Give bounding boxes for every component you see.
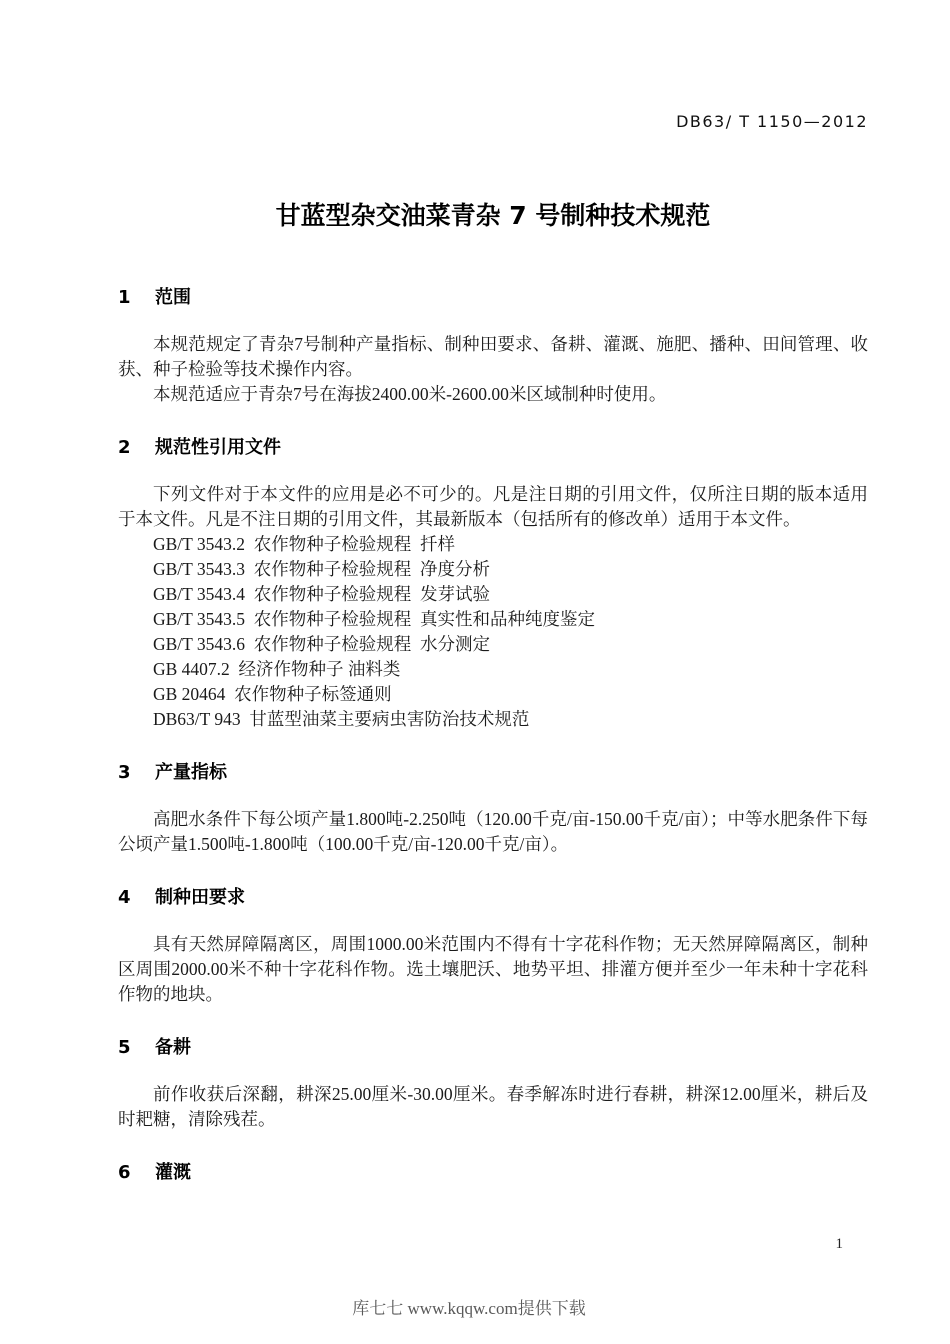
section-heading: 2规范性引用文件 bbox=[118, 436, 868, 460]
section-heading: 5备耕 bbox=[118, 1036, 868, 1060]
section-title: 规范性引用文件 bbox=[155, 437, 281, 458]
section-scope: 1范围 本规范规定了青杂7号制种产量指标、制种田要求、备耕、灌溉、施肥、播种、田… bbox=[118, 286, 868, 407]
paragraph: 下列文件对于本文件的应用是必不可少的。凡是注日期的引用文件，仅所注日期的版本适用… bbox=[118, 482, 868, 532]
reference-item: GB/T 3543.5 农作物种子检验规程 真实性和品种纯度鉴定 bbox=[118, 607, 868, 632]
paragraph: 本规范规定了青杂7号制种产量指标、制种田要求、备耕、灌溉、施肥、播种、田间管理、… bbox=[118, 332, 868, 382]
section-irrigation: 6灌溉 bbox=[118, 1161, 868, 1185]
section-land-preparation: 5备耕 前作收获后深翻，耕深25.00厘米-30.00厘米。春季解冻时进行春耕，… bbox=[118, 1036, 868, 1132]
section-title: 产量指标 bbox=[155, 762, 227, 783]
section-yield-targets: 3产量指标 高肥水条件下每公顷产量1.800吨-2.250吨（120.00千克/… bbox=[118, 761, 868, 857]
page-content: DB63/ T 1150—2012 甘蓝型杂交油菜青杂 7 号制种技术规范 1范… bbox=[0, 112, 950, 1185]
reference-item: GB/T 3543.6 农作物种子检验规程 水分测定 bbox=[118, 632, 868, 657]
section-number: 2 bbox=[118, 436, 155, 460]
section-title: 制种田要求 bbox=[155, 887, 245, 908]
document-page: DB63/ T 1150—2012 甘蓝型杂交油菜青杂 7 号制种技术规范 1范… bbox=[0, 0, 950, 1344]
section-seed-field-requirements: 4制种田要求 具有天然屏障隔离区，周围1000.00米范围内不得有十字花科作物；… bbox=[118, 886, 868, 1007]
section-title: 灌溉 bbox=[155, 1162, 191, 1183]
paragraph: 前作收获后深翻，耕深25.00厘米-30.00厘米。春季解冻时进行春耕，耕深12… bbox=[118, 1082, 868, 1132]
reference-item: DB63/T 943 甘蓝型油菜主要病虫害防治技术规范 bbox=[118, 707, 868, 732]
reference-item: GB 4407.2 经济作物种子 油料类 bbox=[118, 657, 868, 682]
standard-code: DB63/ T 1150—2012 bbox=[118, 112, 868, 132]
section-title: 范围 bbox=[155, 287, 191, 308]
section-number: 5 bbox=[118, 1036, 155, 1060]
section-title: 备耕 bbox=[155, 1037, 191, 1058]
reference-item: GB/T 3543.2 农作物种子检验规程 扦样 bbox=[118, 532, 868, 557]
section-heading: 6灌溉 bbox=[118, 1161, 868, 1185]
section-heading: 3产量指标 bbox=[118, 761, 868, 785]
document-title: 甘蓝型杂交油菜青杂 7 号制种技术规范 bbox=[118, 198, 868, 234]
paragraph: 高肥水条件下每公顷产量1.800吨-2.250吨（120.00千克/亩-150.… bbox=[118, 807, 868, 857]
section-normative-references: 2规范性引用文件 下列文件对于本文件的应用是必不可少的。凡是注日期的引用文件，仅… bbox=[118, 436, 868, 732]
section-heading: 1范围 bbox=[118, 286, 868, 310]
section-number: 3 bbox=[118, 761, 155, 785]
paragraph: 本规范适应于青杂7号在海拔2400.00米-2600.00米区域制种时使用。 bbox=[118, 382, 868, 407]
section-number: 6 bbox=[118, 1161, 155, 1185]
paragraph: 具有天然屏障隔离区，周围1000.00米范围内不得有十字花科作物；无天然屏障隔离… bbox=[118, 932, 868, 1007]
reference-item: GB/T 3543.3 农作物种子检验规程 净度分析 bbox=[118, 557, 868, 582]
page-number: 1 bbox=[836, 1235, 844, 1253]
section-heading: 4制种田要求 bbox=[118, 886, 868, 910]
section-number: 1 bbox=[118, 286, 155, 310]
reference-item: GB/T 3543.4 农作物种子检验规程 发芽试验 bbox=[118, 582, 868, 607]
section-number: 4 bbox=[118, 886, 155, 910]
footer-watermark: 库七七 www.kqqw.com提供下载 bbox=[0, 1298, 938, 1320]
reference-item: GB 20464 农作物种子标签通则 bbox=[118, 682, 868, 707]
